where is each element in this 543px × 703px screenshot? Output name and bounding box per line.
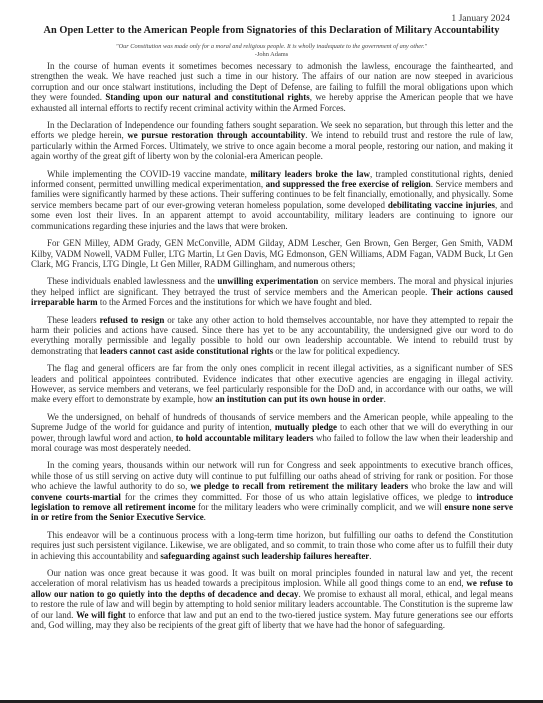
letter-date: 1 January 2024 <box>451 13 510 24</box>
epigraph-quote: "Our Constitution was made only for a mo… <box>0 43 543 50</box>
body-text: . <box>369 551 371 561</box>
emphasized-text: unwilling experimentation <box>217 276 318 286</box>
emphasized-text: to hold accountable military leaders <box>176 433 314 443</box>
letter-page: 1 January 2024 An Open Letter to the Ame… <box>0 0 543 700</box>
body-text: For GEN Milley, ADM Grady, GEN McConvill… <box>31 238 513 269</box>
body-text: These leaders <box>47 315 100 325</box>
emphasized-text: We will fight <box>76 610 126 620</box>
emphasized-text: Standing upon our natural and constituti… <box>105 92 309 102</box>
paragraph-named-leaders: For GEN Milley, ADM Grady, GEN McConvill… <box>31 238 513 269</box>
letter-title: An Open Letter to the American People fr… <box>0 25 543 36</box>
paragraph-declaration: In the Declaration of Independence our f… <box>31 120 513 162</box>
emphasized-text: debilitating vaccine injuries <box>388 200 495 210</box>
emphasized-text: and suppressed the free exercise of reli… <box>266 179 431 189</box>
body-text: who broke the law and will <box>408 481 513 491</box>
paragraph-coming-years: In the coming years, thousands within ou… <box>31 460 513 522</box>
emphasized-text: we pursue restoration through accountabi… <box>127 130 305 140</box>
letter-body: In the course of human events it sometim… <box>31 61 513 638</box>
body-text: for the crimes they committed. For those… <box>121 492 477 502</box>
paragraph-flag-officers: The flag and general officers are far fr… <box>31 363 513 405</box>
paragraph-closing: Our nation was once great because it was… <box>31 568 513 630</box>
emphasized-text: refused to resign <box>100 315 165 325</box>
body-text: Our nation was once great because it was… <box>31 568 513 588</box>
body-text: While implementing the COVID-19 vaccine … <box>47 169 250 179</box>
body-text: . <box>384 394 386 404</box>
body-text: These individuals enabled lawlessness an… <box>47 276 217 286</box>
body-text: to the Armed Forces and the institutions… <box>98 297 372 307</box>
paragraph-endeavor: This endeavor will be a continuous proce… <box>31 530 513 561</box>
paragraph-refused-to-resign: These leaders refused to resign or take … <box>31 315 513 357</box>
paragraph-vaccine-mandate: While implementing the COVID-19 vaccine … <box>31 169 513 231</box>
paragraph-mutual-pledge: We the undersigned, on behalf of hundred… <box>31 412 513 454</box>
paragraph-lawlessness: These individuals enabled lawlessness an… <box>31 276 513 307</box>
body-text: . <box>204 512 206 522</box>
emphasized-text: mutually pledge <box>275 422 337 432</box>
body-text: for the military leaders who were crimin… <box>195 502 444 512</box>
emphasized-text: safeguarding against such leadership fai… <box>160 551 369 561</box>
emphasized-text: an institution can put its own house in … <box>215 394 383 404</box>
emphasized-text: convene courts-martial <box>31 492 121 502</box>
emphasized-text: military leaders broke the law <box>250 169 370 179</box>
emphasized-text: leaders cannot cast aside constitutional… <box>100 346 273 356</box>
emphasized-text: we pledge to recall from retirement the … <box>190 481 408 491</box>
body-text: or the law for political expediency. <box>273 346 400 356</box>
epigraph-attribution: -John Adams <box>0 51 543 58</box>
paragraph-intro: In the course of human events it sometim… <box>31 61 513 113</box>
